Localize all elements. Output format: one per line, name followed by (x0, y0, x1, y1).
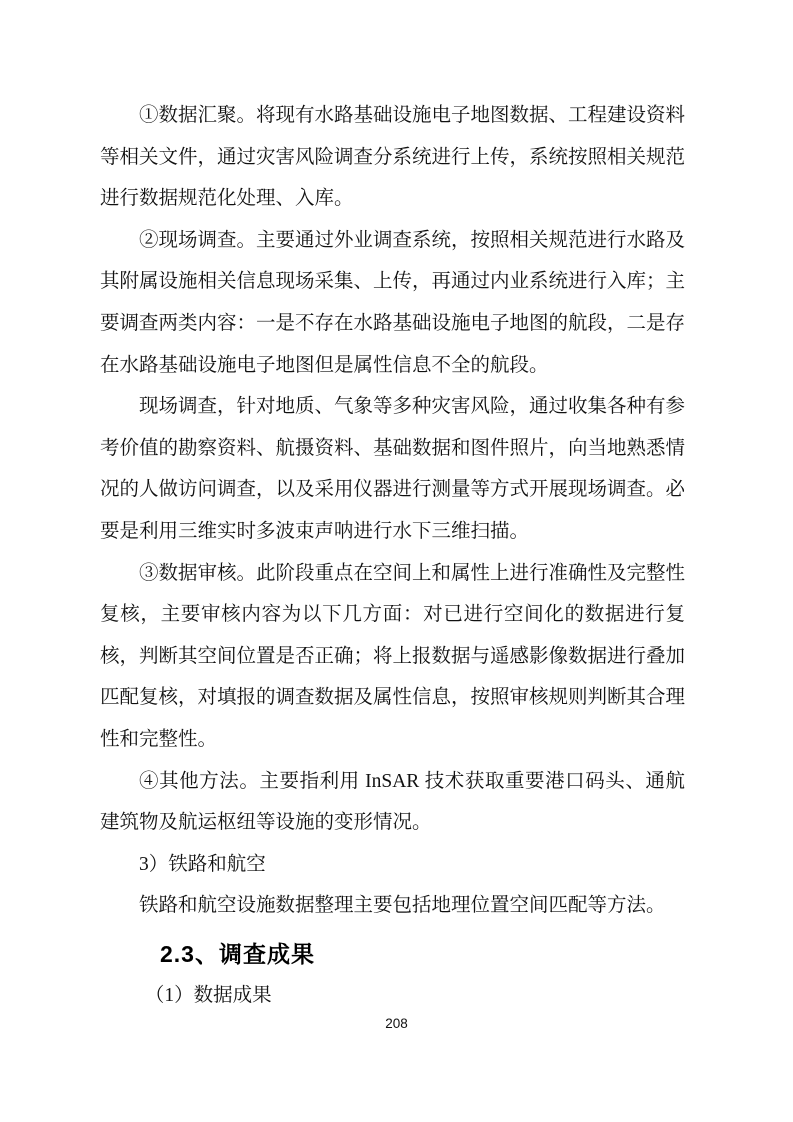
paragraph-rail-and-aviation-title: 3）铁路和航空 (100, 844, 685, 886)
section-heading: 2.3、调查成果 (100, 933, 685, 975)
paragraph-data-review: ③数据审核。此阶段重点在空间上和属性上进行准确性及完整性复核，主要审核内容为以下… (100, 553, 685, 761)
page-footer: 208 (0, 1016, 793, 1031)
paragraph-data-aggregation: ①数据汇聚。将现有水路基础设施电子地图数据、工程建设资料等相关文件，通过灾害风险… (100, 95, 685, 220)
paragraph-rail-and-aviation-body: 铁路和航空设施数据整理主要包括地理位置空间匹配等方法。 (100, 885, 685, 927)
paragraph-field-survey: ②现场调查。主要通过外业调查系统，按照相关规范进行水路及其附属设施相关信息现场采… (100, 220, 685, 386)
page-number: 208 (385, 1016, 408, 1031)
page-content: ①数据汇聚。将现有水路基础设施电子地图数据、工程建设资料等相关文件，通过灾害风险… (100, 95, 685, 1017)
sub-item-data-results: （1）数据成果 (100, 975, 685, 1017)
paragraph-other-methods: ④其他方法。主要指利用 InSAR 技术获取重要港口码头、通航建筑物及航运枢纽等… (100, 761, 685, 844)
document-page: ①数据汇聚。将现有水路基础设施电子地图数据、工程建设资料等相关文件，通过灾害风险… (0, 0, 793, 1122)
paragraph-field-survey-detail: 现场调查，针对地质、气象等多种灾害风险，通过收集各种有参考价值的勘察资料、航摄资… (100, 386, 685, 552)
